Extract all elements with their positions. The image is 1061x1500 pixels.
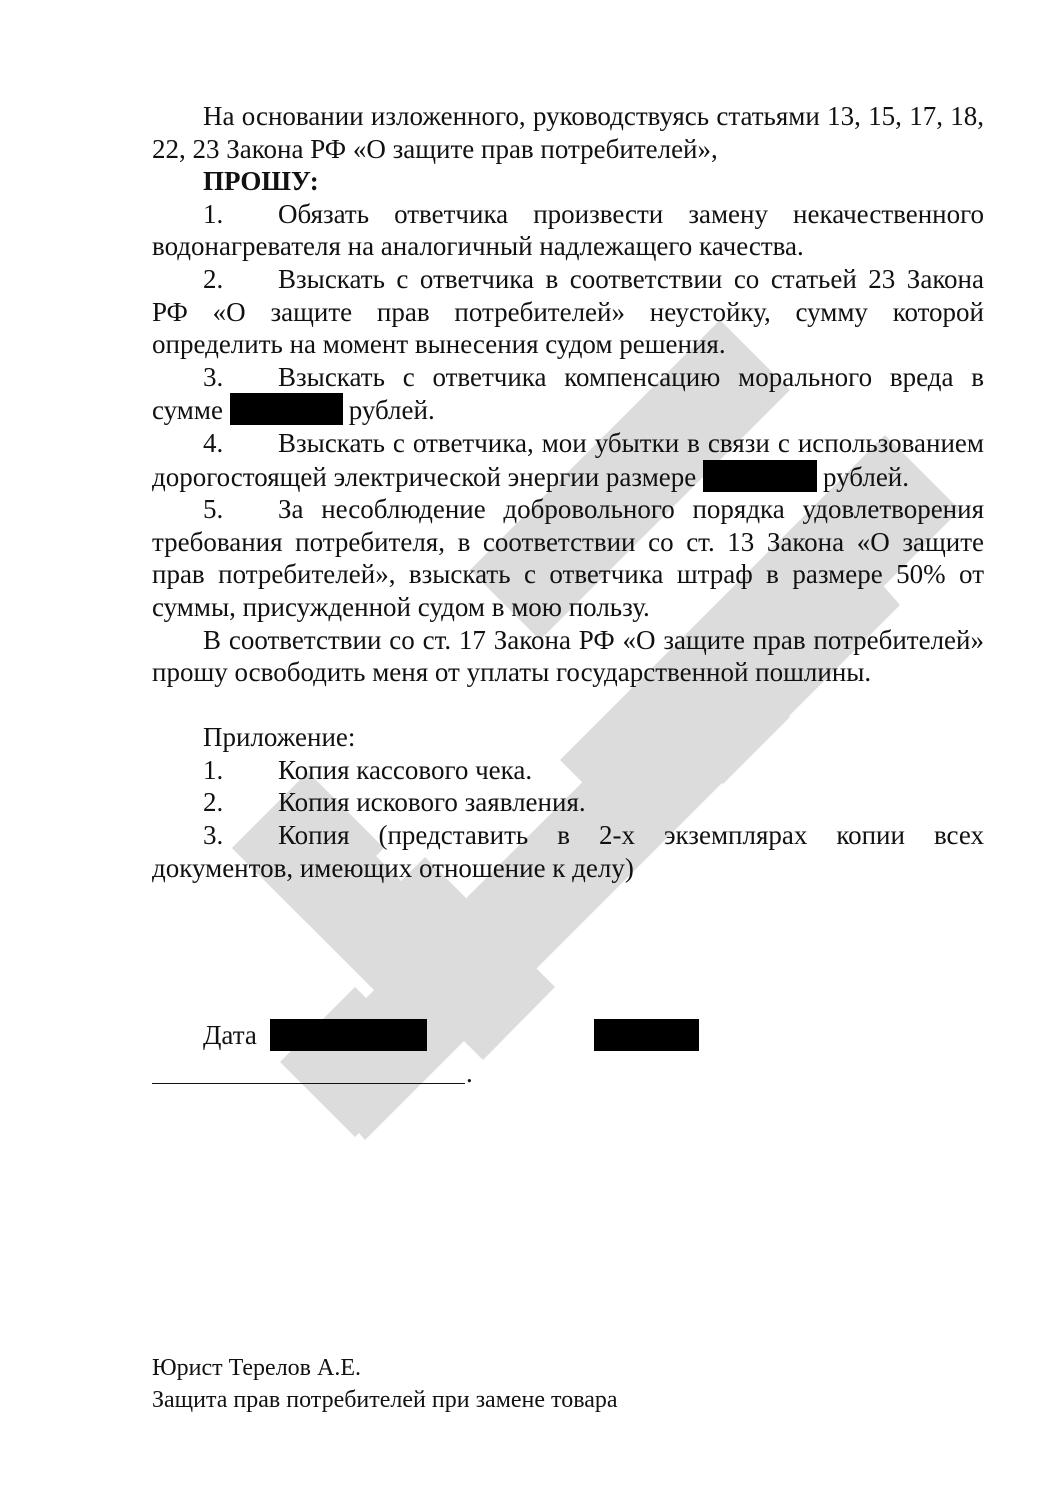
request-item-2: 2.Взыскать с ответчика в соответствии со… bbox=[152, 263, 984, 361]
signature-dot: . bbox=[466, 1058, 473, 1089]
request-item-5: 5.За несоблюдение добровольного порядка … bbox=[152, 493, 984, 623]
request-heading: ПРОШУ: bbox=[152, 165, 984, 198]
intro-paragraph: На основании изложенного, руководствуясь… bbox=[152, 100, 984, 165]
document-page: На основании изложенного, руководствуясь… bbox=[0, 0, 1061, 1500]
fee-exemption-paragraph: В соответствии со ст. 17 Закона РФ «О за… bbox=[152, 624, 984, 689]
document-body: На основании изложенного, руководствуясь… bbox=[152, 100, 984, 884]
redacted-signature bbox=[594, 1019, 699, 1051]
request-item-3: 3.Взыскать с ответчика компенсацию морал… bbox=[152, 361, 984, 427]
spacer bbox=[152, 689, 984, 722]
redacted-date bbox=[270, 1019, 427, 1051]
request-item-1: 1.Обязать ответчика произвести замену не… bbox=[152, 198, 984, 263]
request-item-4: 4.Взыскать с ответчика, мои убытки в свя… bbox=[152, 427, 984, 493]
signature-line bbox=[152, 1083, 465, 1084]
redacted-amount bbox=[230, 393, 343, 425]
date-label: Дата bbox=[203, 1020, 257, 1051]
appendix-item-1: 1.Копия кассового чека. bbox=[152, 754, 984, 787]
redacted-amount bbox=[703, 460, 817, 492]
appendix-item-3: 3.Копия (представить в 2-х экземплярах к… bbox=[152, 819, 984, 884]
appendix-item-2: 2.Копия искового заявления. bbox=[152, 786, 984, 819]
footer-subtitle: Защита прав потребителей при замене това… bbox=[152, 1384, 618, 1416]
footer: Юрист Терелов А.Е. Защита прав потребите… bbox=[152, 1352, 618, 1416]
appendix-heading: Приложение: bbox=[152, 721, 984, 754]
footer-author: Юрист Терелов А.Е. bbox=[152, 1352, 618, 1384]
